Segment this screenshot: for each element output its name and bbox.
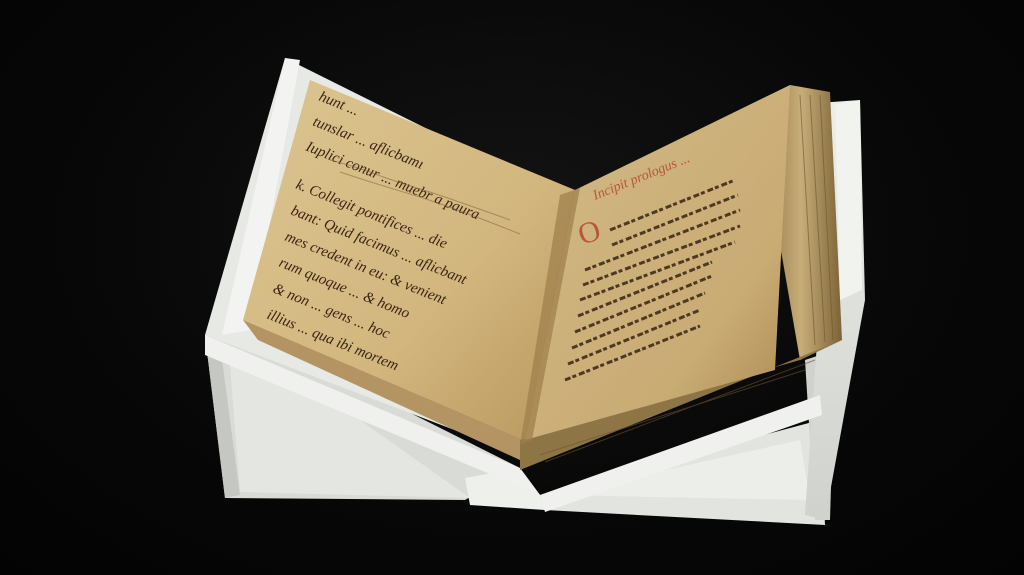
manuscript-photo: hunt ... tunslar ... aflicbamı Iuplici c… — [0, 0, 1024, 575]
photo-scene: hunt ... tunslar ... aflicbamı Iuplici c… — [0, 0, 1024, 575]
